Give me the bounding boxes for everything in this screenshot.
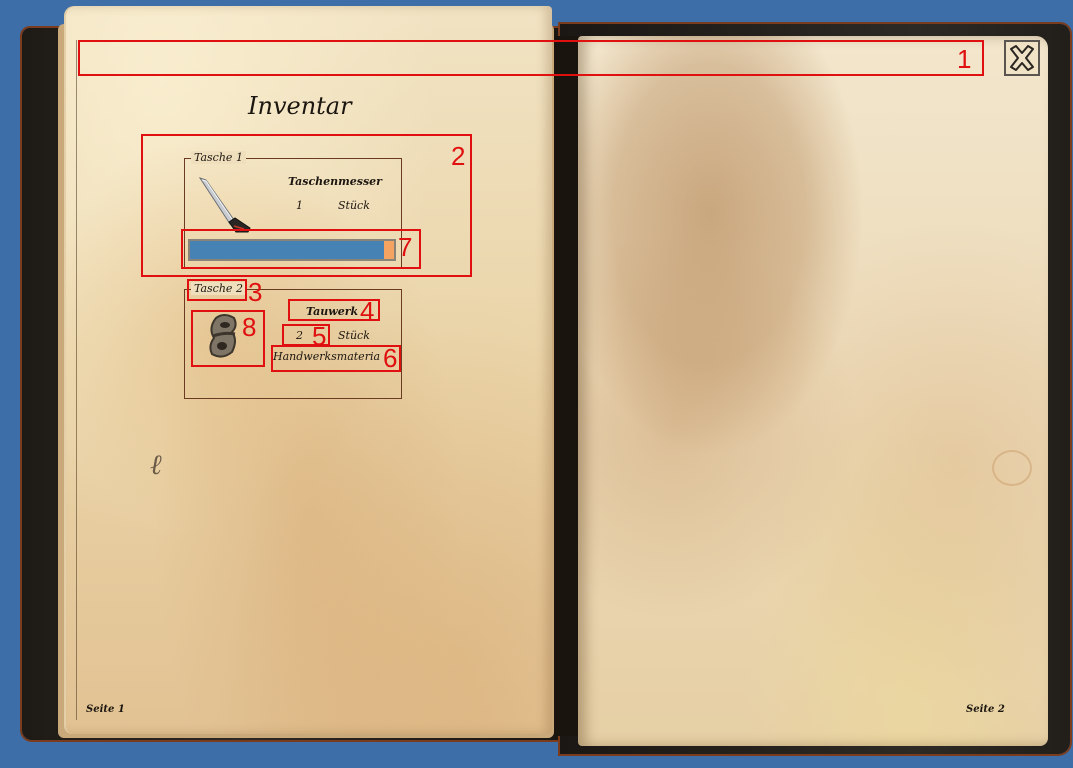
annotation-box-6 <box>271 345 401 372</box>
page-title: Inventar <box>248 92 352 120</box>
annotation-box-3 <box>187 279 247 301</box>
close-x-icon <box>1007 43 1037 73</box>
pencil-scribble: ℓ <box>150 448 162 482</box>
page-left-edge-line <box>76 40 77 720</box>
page-right <box>578 36 1048 746</box>
annotation-number-4: 4 <box>360 298 374 324</box>
annotation-box-1 <box>78 40 984 76</box>
page-label-right: Seite 2 <box>966 704 1005 715</box>
annotation-box-7 <box>181 229 421 269</box>
bag-2-item-unit: Stück <box>338 329 370 342</box>
coffee-ring-stain <box>992 450 1032 486</box>
annotation-number-3: 3 <box>248 279 262 305</box>
annotation-number-2: 2 <box>451 143 465 169</box>
annotation-number-6: 6 <box>383 345 397 371</box>
annotation-number-8: 8 <box>242 314 256 340</box>
close-button[interactable] <box>1004 40 1040 76</box>
annotation-number-1: 1 <box>957 46 971 72</box>
annotation-number-7: 7 <box>398 234 412 260</box>
page-label-left: Seite 1 <box>86 704 125 715</box>
